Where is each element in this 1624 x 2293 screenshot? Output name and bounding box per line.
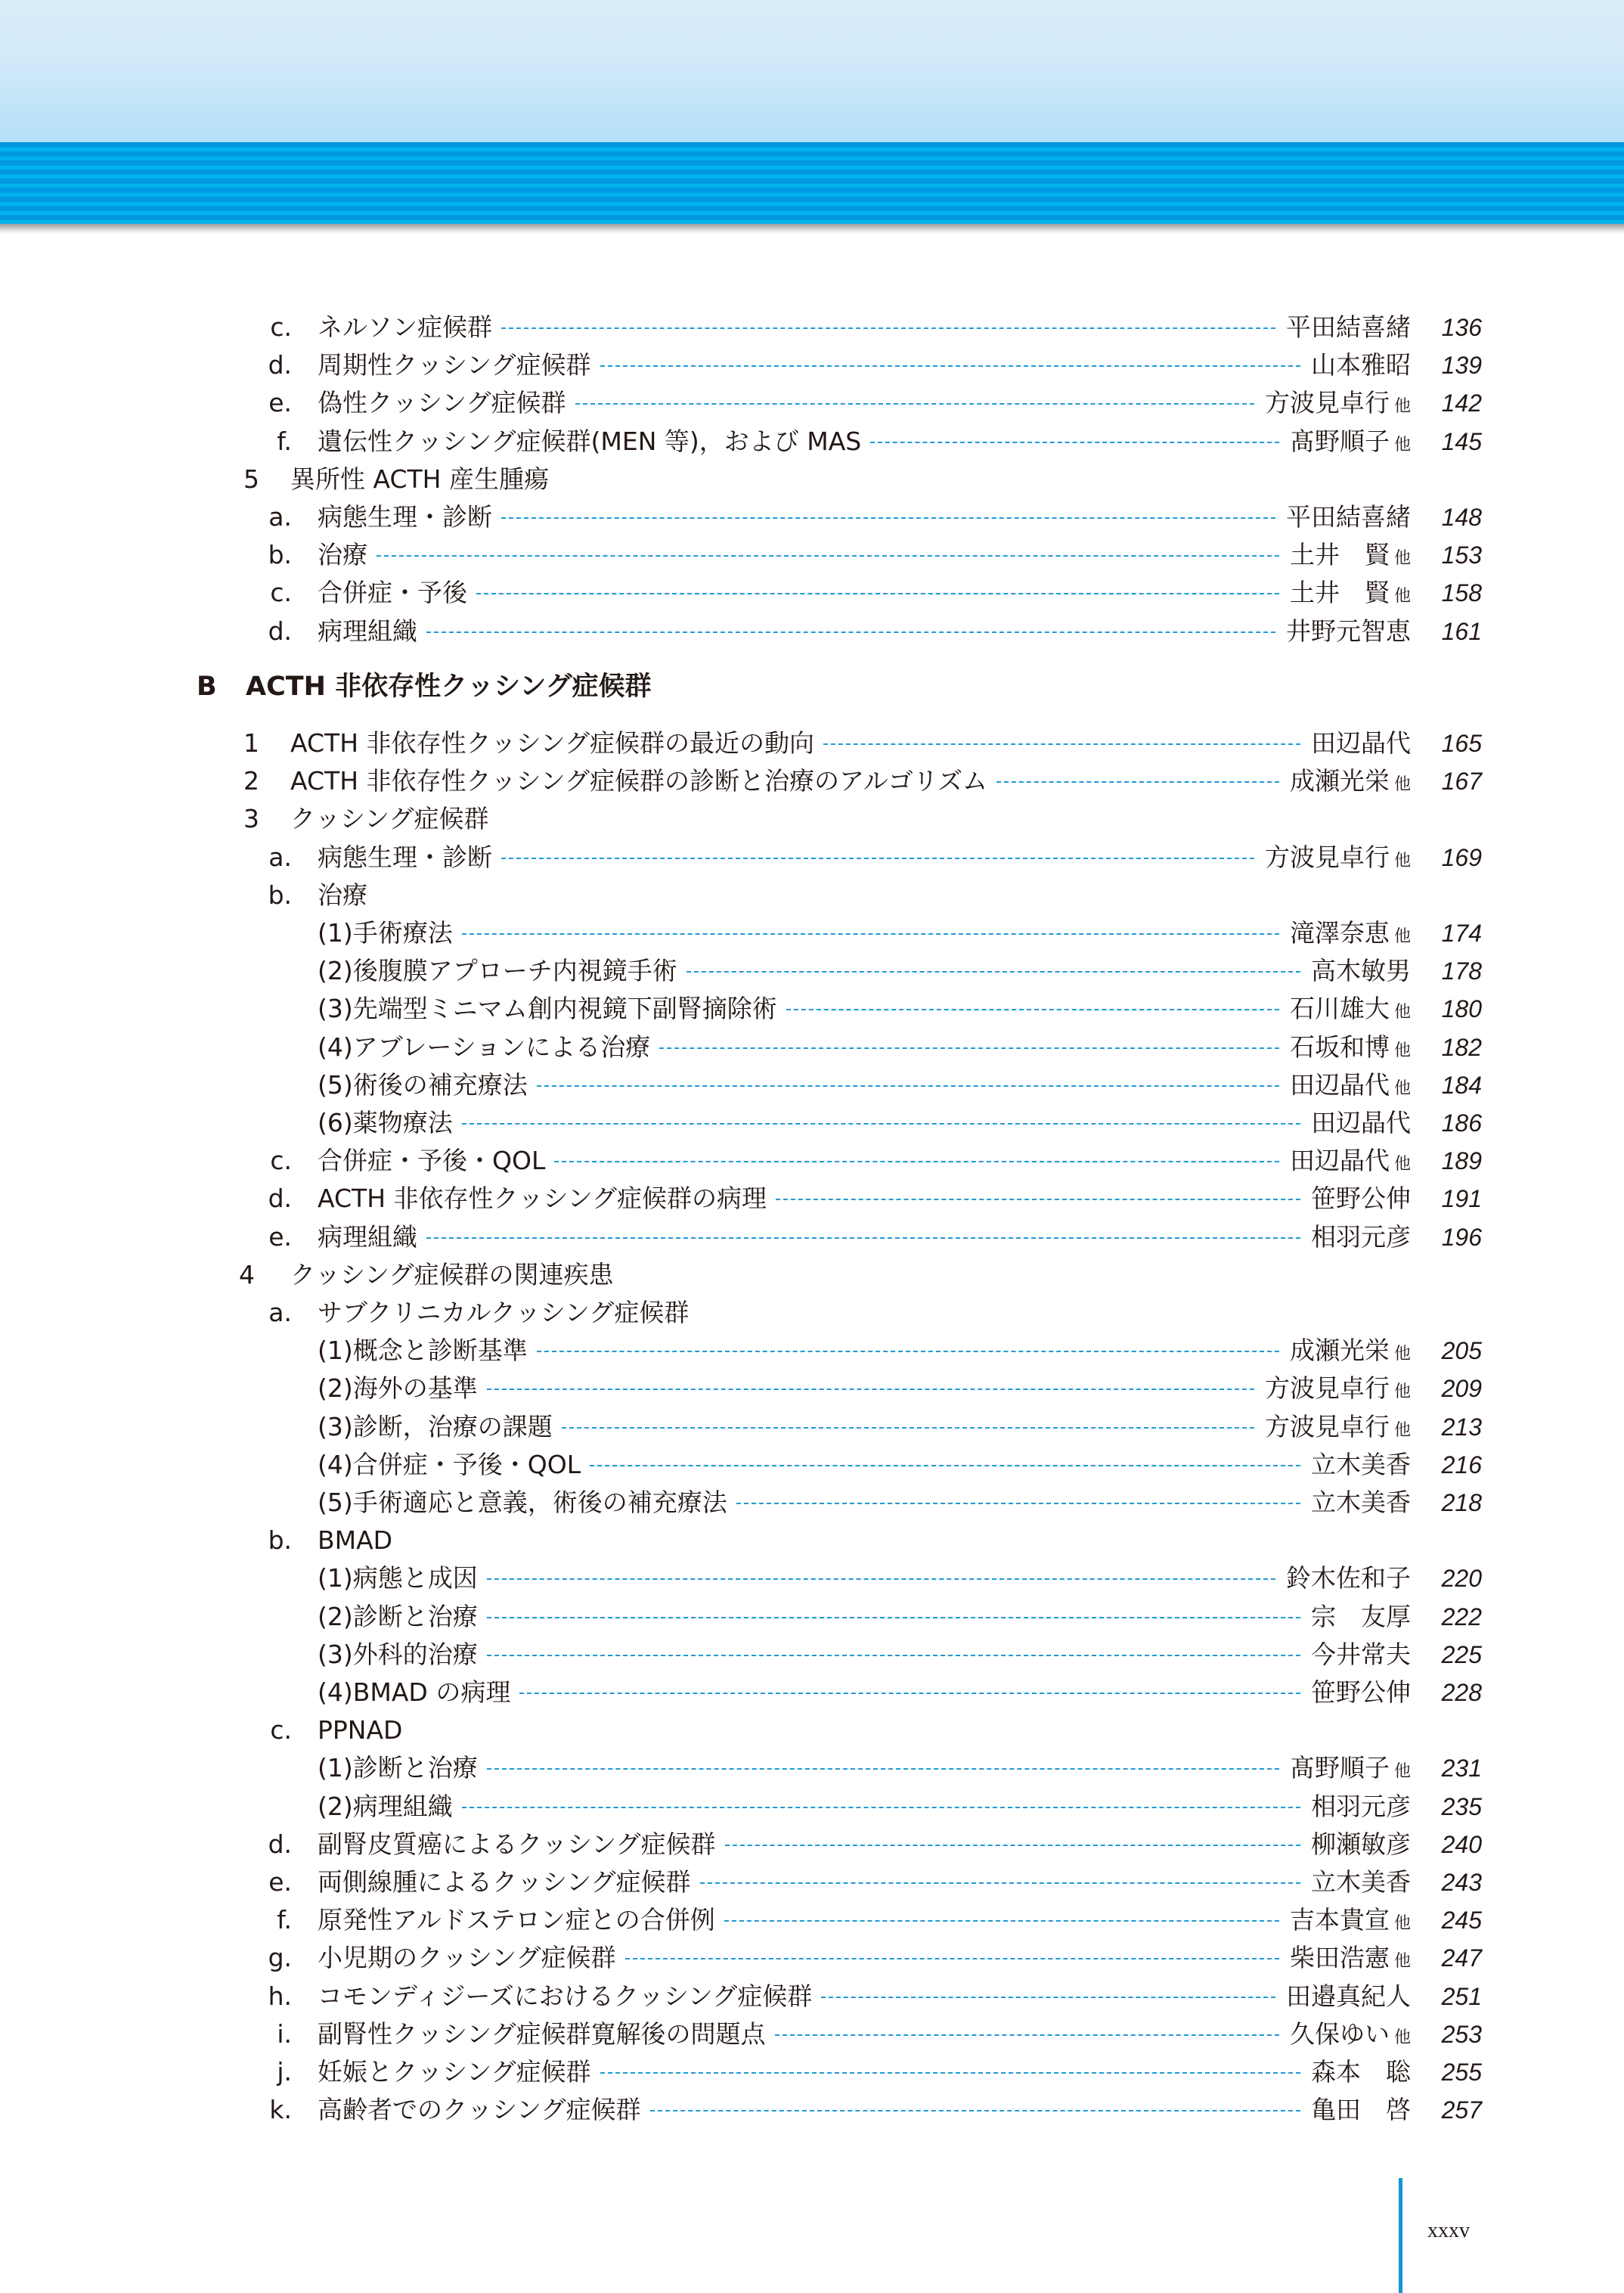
- toc-entry-author: 石川雄大他: [1279, 990, 1411, 1032]
- dot-leader: [554, 1161, 1279, 1162]
- toc-entry-author: 森本 聡: [1300, 2053, 1411, 2091]
- toc-entry-label: d.: [257, 613, 292, 650]
- header-stripes: [0, 142, 1624, 224]
- toc-entry[interactable]: (3)外科的治療今井常夫225: [0, 1636, 1624, 1674]
- toc-entry[interactable]: d.病理組織井野元智恵161: [0, 613, 1624, 650]
- toc-entry[interactable]: d.ACTH 非依存性クッシング症候群の病理笹野公伸191: [0, 1180, 1624, 1218]
- author-name: 方波見卓行: [1265, 842, 1390, 872]
- toc-entry[interactable]: b.治療土井 賢他153: [0, 536, 1624, 574]
- toc-entry-label: 5: [243, 461, 259, 498]
- toc-entry-label: d.: [257, 1180, 292, 1218]
- toc-entry-title: クッシング症候群: [290, 800, 489, 838]
- toc-entry-title: (4)アブレーションによる治療: [318, 1029, 650, 1066]
- author-name: 髙野順子: [1290, 1753, 1390, 1783]
- dot-leader: [537, 1085, 1279, 1087]
- toc-entry-title: 合併症・予後・QOL: [318, 1142, 545, 1180]
- toc-entry-page: 169: [1421, 839, 1482, 877]
- toc-entry[interactable]: c.PPNAD: [0, 1711, 1624, 1749]
- author-name: 成瀬光栄: [1290, 1336, 1390, 1365]
- toc-entry-page: 255: [1421, 2053, 1482, 2091]
- toc-entry-author: 方波見卓行他: [1254, 384, 1411, 426]
- toc-entry-author: 笹野公伸: [1300, 1674, 1411, 1711]
- dot-leader: [686, 971, 1300, 973]
- toc-entry-title: (4)合併症・予後・QOL: [318, 1446, 581, 1484]
- toc-entry-title: (3)診断，治療の課題: [318, 1408, 553, 1446]
- toc-entry-author: 柳瀬敏彦: [1300, 1826, 1411, 1863]
- toc-entry[interactable]: (3)診断，治療の課題方波見卓行他213: [0, 1408, 1624, 1446]
- toc-entry-title: 偽性クッシング症候群: [318, 384, 566, 422]
- dot-leader: [736, 1503, 1300, 1504]
- toc-entry-title: (1)病態と成因: [318, 1559, 478, 1597]
- toc-entry-label: i.: [257, 2015, 292, 2053]
- toc-entry[interactable]: k.高齢者でのクッシング症候群亀田 啓257: [0, 2091, 1624, 2129]
- toc-entry-title: (1)概念と診断基準: [318, 1332, 528, 1370]
- toc-entry-title: 副腎皮質癌によるクッシング症候群: [318, 1826, 716, 1863]
- et-al-mark: 他: [1394, 927, 1411, 946]
- toc-entry-title: 妊娠とクッシング症候群: [318, 2053, 591, 2091]
- toc-entry-title: 遺伝性クッシング症候群(MEN 等)，および MAS: [318, 423, 861, 461]
- toc-entry-author: 相羽元彦: [1300, 1218, 1411, 1256]
- author-name: 方波見卓行: [1265, 1373, 1390, 1403]
- toc-entry[interactable]: c.合併症・予後土井 賢他158: [0, 574, 1624, 612]
- toc-entry[interactable]: c.ネルソン症候群平田結喜緒136: [0, 309, 1624, 346]
- author-name: 井野元智恵: [1286, 616, 1411, 646]
- toc-entry-author: 田邉真紀人: [1275, 1978, 1411, 2015]
- toc-entry-author: 方波見卓行他: [1254, 839, 1411, 880]
- toc-entry-page: 257: [1421, 2091, 1482, 2129]
- dot-leader: [537, 1351, 1279, 1352]
- author-name: 田辺晶代: [1290, 1146, 1390, 1175]
- et-al-mark: 他: [1394, 1345, 1411, 1364]
- author-name: 土井 賢: [1290, 540, 1390, 569]
- toc-entry-author: 井野元智恵: [1275, 613, 1411, 650]
- toc-entry-page: 228: [1421, 1674, 1482, 1711]
- dot-leader: [562, 1427, 1254, 1429]
- toc-entry-title: 両側線腫によるクッシング症候群: [318, 1863, 691, 1901]
- et-al-mark: 他: [1394, 1155, 1411, 1174]
- author-name: 石川雄大: [1290, 994, 1390, 1023]
- toc-entry-title: 高齢者でのクッシング症候群: [318, 2091, 641, 2129]
- toc-entry-page: 191: [1421, 1180, 1482, 1218]
- toc-entry-title: (2)後腹膜アプローチ内視鏡手術: [318, 952, 677, 990]
- toc-entry-page: 240: [1421, 1826, 1482, 1863]
- toc-entry-label: f.: [257, 423, 292, 461]
- dot-leader: [426, 631, 1275, 633]
- toc-entry[interactable]: (6)薬物療法田辺晶代186: [0, 1104, 1624, 1142]
- dot-leader: [476, 593, 1279, 594]
- toc-entry-title: 治療: [318, 536, 367, 574]
- toc-entry-page: 184: [1421, 1066, 1482, 1104]
- author-name: 鈴木佐和子: [1286, 1563, 1411, 1593]
- toc-entry-label: b.: [257, 1522, 292, 1559]
- dot-leader: [724, 1920, 1279, 1922]
- author-name: 柳瀬敏彦: [1311, 1829, 1411, 1859]
- toc-entry[interactable]: (2)後腹膜アプローチ内視鏡手術高木敏男178: [0, 952, 1624, 990]
- dot-leader: [487, 1768, 1279, 1770]
- dot-leader: [776, 1199, 1300, 1200]
- toc-entry-label: 3: [243, 800, 259, 838]
- author-name: 土井 賢: [1290, 578, 1390, 607]
- dot-leader: [575, 403, 1254, 405]
- author-name: 髙野順子: [1290, 427, 1390, 456]
- toc-entry-author: 平田結喜緒: [1275, 309, 1411, 346]
- toc-entry-author: 吉本貴宣他: [1279, 1901, 1411, 1943]
- toc-entry-title: ACTH 非依存性クッシング症候群の病理: [318, 1180, 767, 1218]
- dot-leader: [659, 1047, 1279, 1049]
- toc-entry[interactable]: (1)診断と治療髙野順子他231: [0, 1749, 1624, 1787]
- et-al-mark: 他: [1394, 1382, 1411, 1401]
- toc-entry[interactable]: e.両側線腫によるクッシング症候群立木美香243: [0, 1863, 1624, 1901]
- toc-entry[interactable]: (3)先端型ミニマム創内視鏡下副腎摘除術石川雄大他180: [0, 990, 1624, 1028]
- toc-entry-author: 立木美香: [1300, 1484, 1411, 1522]
- toc-entry-title: 病理組織: [318, 1218, 417, 1256]
- toc-entry[interactable]: (2)病理組織相羽元彦235: [0, 1788, 1624, 1826]
- toc-entry[interactable]: a.病態生理・診断方波見卓行他169: [0, 839, 1624, 877]
- dot-leader: [625, 1958, 1279, 1959]
- et-al-mark: 他: [1394, 397, 1411, 416]
- toc-entry-title: 異所性 ACTH 産生腫瘍: [290, 461, 549, 498]
- toc-entry-author: 鈴木佐和子: [1275, 1559, 1411, 1597]
- et-al-mark: 他: [1394, 1041, 1411, 1060]
- toc-entry[interactable]: f.原発性アルドステロン症との合併例吉本貴宣他245: [0, 1901, 1624, 1939]
- header-band: [0, 0, 1624, 142]
- toc-entry-label: g.: [257, 1939, 292, 1977]
- toc-entry-label: c.: [257, 574, 292, 612]
- toc-entry-title: ネルソン症候群: [318, 309, 492, 346]
- toc-entry[interactable]: (2)診断と治療宗 友厚222: [0, 1598, 1624, 1636]
- toc-entry-page: 196: [1421, 1218, 1482, 1256]
- toc-entry-label: b.: [257, 536, 292, 574]
- author-name: 笹野公伸: [1311, 1677, 1411, 1707]
- toc-entry-page: 136: [1421, 309, 1482, 346]
- dot-leader: [426, 1237, 1300, 1239]
- toc-entry[interactable]: (1)概念と診断基準成瀬光栄他205: [0, 1332, 1624, 1370]
- footer-rule: [1399, 2178, 1402, 2293]
- et-al-mark: 他: [1394, 1079, 1411, 1098]
- toc-entry-page: 161: [1421, 613, 1482, 650]
- toc-entry[interactable]: d.周期性クッシング症候群山本雅昭139: [0, 346, 1624, 384]
- dot-leader: [996, 781, 1279, 783]
- toc-entry-label: c.: [257, 1142, 292, 1180]
- toc-entry-title: コモンディジーズにおけるクッシング症候群: [318, 1978, 812, 2015]
- dot-leader: [786, 1009, 1279, 1010]
- author-name: 今井常夫: [1311, 1640, 1411, 1669]
- dot-leader: [377, 555, 1279, 557]
- toc-entry-title: クッシング症候群の関連疾患: [290, 1256, 614, 1294]
- toc-entry[interactable]: (4)BMAD の病理笹野公伸228: [0, 1674, 1624, 1711]
- dot-leader: [487, 1389, 1254, 1390]
- toc-entry-page: 178: [1421, 952, 1482, 990]
- et-al-mark: 他: [1394, 1914, 1411, 1933]
- toc-entry-title: BMAD: [318, 1522, 392, 1559]
- toc-entry[interactable]: e.病理組織相羽元彦196: [0, 1218, 1624, 1256]
- toc-entry-title: (5)手術適応と意義，術後の補充療法: [318, 1484, 727, 1522]
- toc-entry-page: 167: [1421, 762, 1482, 800]
- toc-entry-title: ACTH 非依存性クッシング症候群の最近の動向: [290, 725, 814, 762]
- author-name: 石坂和博: [1290, 1032, 1390, 1062]
- dot-leader: [487, 1617, 1300, 1618]
- toc-entry[interactable]: (1)手術療法滝澤奈恵他174: [0, 914, 1624, 952]
- dot-leader: [870, 442, 1279, 443]
- author-name: 亀田 啓: [1311, 2095, 1411, 2124]
- dot-leader: [650, 2110, 1300, 2111]
- author-name: 立木美香: [1311, 1488, 1411, 1517]
- toc-entry[interactable]: b.治療: [0, 877, 1624, 914]
- author-name: 笹野公伸: [1311, 1184, 1411, 1213]
- toc-entry-author: 笹野公伸: [1300, 1180, 1411, 1218]
- toc-entry-author: 田辺晶代: [1300, 725, 1411, 762]
- author-name: 方波見卓行: [1265, 1412, 1390, 1441]
- author-name: 田辺晶代: [1311, 728, 1411, 758]
- toc-entry-author: 平田結喜緒: [1275, 498, 1411, 536]
- toc-entry-page: 145: [1421, 423, 1482, 461]
- et-al-mark: 他: [1394, 1952, 1411, 1971]
- toc-entry-author: 田辺晶代他: [1279, 1066, 1411, 1108]
- toc-entry-page: 174: [1421, 914, 1482, 952]
- toc-entry-author: 滝澤奈恵他: [1279, 914, 1411, 956]
- toc-entry-label: e.: [257, 1218, 292, 1256]
- toc-entry[interactable]: e.偽性クッシング症候群方波見卓行他142: [0, 384, 1624, 422]
- toc-entry-title: (1)手術療法: [318, 914, 453, 952]
- toc-entry-title: 合併症・予後: [318, 574, 467, 612]
- toc-entry-page: 218: [1421, 1484, 1482, 1522]
- author-name: 田辺晶代: [1311, 1108, 1411, 1137]
- toc-entry[interactable]: a.病態生理・診断平田結喜緒148: [0, 498, 1624, 536]
- toc-entry[interactable]: j.妊娠とクッシング症候群森本 聡255: [0, 2053, 1624, 2091]
- toc-entry-author: 成瀬光栄他: [1279, 1332, 1411, 1373]
- dot-leader: [501, 858, 1254, 859]
- author-name: 高木敏男: [1311, 956, 1411, 985]
- toc-entry-title: (2)海外の基準: [318, 1370, 478, 1407]
- toc-entry-page: 243: [1421, 1863, 1482, 1901]
- dot-leader: [700, 1882, 1300, 1884]
- toc-entry-author: 土井 賢他: [1279, 574, 1411, 616]
- toc-entry-label: 2: [243, 762, 259, 800]
- author-name: 立木美香: [1311, 1867, 1411, 1897]
- toc-entry[interactable]: (5)術後の補充療法田辺晶代他184: [0, 1066, 1624, 1104]
- toc-entry-label: d.: [257, 346, 292, 384]
- toc-entry-author: 方波見卓行他: [1254, 1370, 1411, 1411]
- toc-entry-title: 原発性アルドステロン症との合併例: [318, 1901, 715, 1939]
- toc-entry-page: 213: [1421, 1408, 1482, 1446]
- dot-leader: [823, 743, 1300, 745]
- toc-entry-page: 142: [1421, 384, 1482, 422]
- toc-entry-title: 病態生理・診断: [318, 498, 492, 536]
- toc-entry-label: h.: [257, 1978, 292, 2015]
- toc-entry[interactable]: (4)合併症・予後・QOL立木美香216: [0, 1446, 1624, 1484]
- et-al-mark: 他: [1394, 1003, 1411, 1022]
- toc-entry-author: 立木美香: [1300, 1446, 1411, 1484]
- toc-entry-page: 205: [1421, 1332, 1482, 1370]
- toc-entry-label: c.: [257, 309, 292, 346]
- toc-entry-author: 柴田浩憲他: [1279, 1939, 1411, 1981]
- toc-entry-page: 245: [1421, 1901, 1482, 1939]
- toc-entry-page: 158: [1421, 574, 1482, 612]
- toc-entry-author: 宗 友厚: [1300, 1598, 1411, 1636]
- toc-entry[interactable]: 5異所性 ACTH 産生腫瘍: [0, 461, 1624, 498]
- toc-entry-author: 山本雅昭: [1300, 346, 1411, 384]
- toc-entry-label: e.: [257, 1863, 292, 1901]
- dot-leader: [590, 1465, 1300, 1466]
- toc-entry-page: 148: [1421, 498, 1482, 536]
- dot-leader: [501, 327, 1275, 329]
- toc-entry-page: 189: [1421, 1142, 1482, 1180]
- author-name: 方波見卓行: [1265, 388, 1390, 417]
- author-name: 山本雅昭: [1311, 350, 1411, 380]
- toc-entry-label: a.: [257, 498, 292, 536]
- toc-entry[interactable]: (4)アブレーションによる治療石坂和博他182: [0, 1029, 1624, 1066]
- toc-entry[interactable]: g.小児期のクッシング症候群柴田浩憲他247: [0, 1939, 1624, 1977]
- dot-leader: [487, 1655, 1300, 1656]
- dot-leader: [775, 2034, 1279, 2036]
- section-heading-b: BACTH 非依存性クッシング症候群: [0, 666, 1624, 708]
- toc-entry-title: (6)薬物療法: [318, 1104, 453, 1142]
- author-name: 滝澤奈恵: [1290, 918, 1390, 948]
- toc-entry-author: 立木美香: [1300, 1863, 1411, 1901]
- toc-entry-author: 髙野順子他: [1279, 1749, 1411, 1791]
- dot-leader: [600, 365, 1300, 367]
- toc-entry-page: 251: [1421, 1978, 1482, 2015]
- toc-entry-title: (2)診断と治療: [318, 1598, 478, 1636]
- author-name: 久保ゆい: [1290, 2019, 1390, 2049]
- dot-leader: [821, 1997, 1275, 1998]
- toc-entry-author: 石坂和博他: [1279, 1029, 1411, 1070]
- toc-entry[interactable]: 3クッシング症候群: [0, 800, 1624, 838]
- toc-entry-page: 231: [1421, 1749, 1482, 1787]
- author-name: 柴田浩憲: [1290, 1943, 1390, 1972]
- toc-entry-page: 209: [1421, 1370, 1482, 1407]
- toc-entry-page: 186: [1421, 1104, 1482, 1142]
- toc-entry-label: 4: [239, 1256, 255, 1294]
- toc-entry[interactable]: (2)海外の基準方波見卓行他209: [0, 1370, 1624, 1407]
- toc-entry-author: 土井 賢他: [1279, 536, 1411, 578]
- toc-entry-author: 久保ゆい他: [1279, 2015, 1411, 2057]
- toc-entry-label: 1: [243, 725, 259, 762]
- toc-entry[interactable]: b.BMAD: [0, 1522, 1624, 1559]
- toc-entry-label: k.: [257, 2091, 292, 2129]
- author-name: 吉本貴宣: [1290, 1905, 1390, 1935]
- section-title: ACTH 非依存性クッシング症候群: [246, 666, 652, 708]
- et-al-mark: 他: [1394, 1762, 1411, 1781]
- toc-entry-page: 222: [1421, 1598, 1482, 1636]
- section-label: B: [197, 666, 217, 708]
- dot-leader: [725, 1845, 1300, 1846]
- page-folio: xxxv: [1427, 2219, 1470, 2243]
- toc-entry-title: (5)術後の補充療法: [318, 1066, 528, 1104]
- toc-entry-title: サブクリニカルクッシング症候群: [318, 1294, 689, 1332]
- toc-entry-author: 相羽元彦: [1300, 1788, 1411, 1826]
- author-name: 相羽元彦: [1311, 1222, 1411, 1252]
- toc-entry-page: 225: [1421, 1636, 1482, 1674]
- et-al-mark: 他: [1394, 2028, 1411, 2047]
- toc-entry-author: 成瀬光栄他: [1279, 762, 1411, 804]
- toc-entry-title: (3)外科的治療: [318, 1636, 478, 1674]
- toc-entry-title: 治療: [318, 877, 367, 914]
- toc-entry-page: 153: [1421, 536, 1482, 574]
- dot-leader: [519, 1693, 1300, 1694]
- toc-entry-title: 周期性クッシング症候群: [318, 346, 591, 384]
- dot-leader: [487, 1578, 1275, 1580]
- toc-entry[interactable]: i.副腎性クッシング症候群寛解後の問題点久保ゆい他253: [0, 2015, 1624, 2053]
- toc-entry[interactable]: 4クッシング症候群の関連疾患: [0, 1256, 1624, 1294]
- toc-entry-title: 副腎性クッシング症候群寛解後の問題点: [318, 2015, 766, 2053]
- toc-entry-author: 亀田 啓: [1300, 2091, 1411, 2129]
- toc-entry-page: 180: [1421, 990, 1482, 1028]
- toc-entry-author: 田辺晶代: [1300, 1104, 1411, 1142]
- toc-entry-label: e.: [257, 384, 292, 422]
- et-al-mark: 他: [1394, 549, 1411, 568]
- et-al-mark: 他: [1394, 775, 1411, 794]
- toc-entry-page: 216: [1421, 1446, 1482, 1484]
- author-name: 宗 友厚: [1311, 1602, 1411, 1631]
- author-name: 平田結喜緒: [1286, 312, 1411, 342]
- et-al-mark: 他: [1394, 852, 1411, 870]
- toc-entry[interactable]: 2ACTH 非依存性クッシング症候群の診断と治療のアルゴリズム成瀬光栄他167: [0, 762, 1624, 800]
- toc-entry-title: ACTH 非依存性クッシング症候群の診断と治療のアルゴリズム: [290, 762, 987, 800]
- toc-entry-label: c.: [257, 1711, 292, 1749]
- et-al-mark: 他: [1394, 1421, 1411, 1440]
- toc-entry-label: a.: [257, 1294, 292, 1332]
- toc-entry-page: 165: [1421, 725, 1482, 762]
- toc-entry-title: 小児期のクッシング症候群: [318, 1939, 616, 1977]
- toc-entry-label: b.: [257, 877, 292, 914]
- toc-entry-title: 病理組織: [318, 613, 417, 650]
- toc-entry-author: 今井常夫: [1300, 1636, 1411, 1674]
- toc-entry-title: PPNAD: [318, 1711, 402, 1749]
- toc-entry[interactable]: c.合併症・予後・QOL田辺晶代他189: [0, 1142, 1624, 1180]
- toc-entry-label: f.: [257, 1901, 292, 1939]
- toc-entry[interactable]: d.副腎皮質癌によるクッシング症候群柳瀬敏彦240: [0, 1826, 1624, 1863]
- author-name: 成瀬光栄: [1290, 766, 1390, 796]
- author-name: 田辺晶代: [1290, 1070, 1390, 1100]
- toc-entry-title: (4)BMAD の病理: [318, 1674, 510, 1711]
- toc-entry-title: (3)先端型ミニマム創内視鏡下副腎摘除術: [318, 990, 777, 1028]
- toc-entry-author: 方波見卓行他: [1254, 1408, 1411, 1450]
- dot-leader: [462, 1807, 1300, 1808]
- toc-entry[interactable]: f.遺伝性クッシング症候群(MEN 等)，および MAS髙野順子他145: [0, 423, 1624, 461]
- toc-entry-page: 220: [1421, 1559, 1482, 1597]
- author-name: 森本 聡: [1311, 2057, 1411, 2087]
- toc-entry-page: 247: [1421, 1939, 1482, 1977]
- toc-entry[interactable]: a.サブクリニカルクッシング症候群: [0, 1294, 1624, 1332]
- toc-entry-author: 高木敏男: [1300, 952, 1411, 990]
- et-al-mark: 他: [1394, 587, 1411, 606]
- toc-entry-author: 髙野順子他: [1279, 423, 1411, 464]
- toc-entry-page: 139: [1421, 346, 1482, 384]
- toc-entry-page: 182: [1421, 1029, 1482, 1066]
- author-name: 相羽元彦: [1311, 1792, 1411, 1821]
- dot-leader: [462, 933, 1279, 935]
- toc-entry-page: 235: [1421, 1788, 1482, 1826]
- dot-leader: [600, 2072, 1300, 2074]
- author-name: 平田結喜緒: [1286, 502, 1411, 532]
- toc-entry-label: j.: [257, 2053, 292, 2091]
- toc-entry[interactable]: 1ACTH 非依存性クッシング症候群の最近の動向田辺晶代165: [0, 725, 1624, 762]
- toc-entry-label: d.: [257, 1826, 292, 1863]
- toc-entry-title: (1)診断と治療: [318, 1749, 478, 1787]
- author-name: 立木美香: [1311, 1450, 1411, 1479]
- toc-entry-title: (2)病理組織: [318, 1788, 453, 1826]
- header-shadow: [0, 224, 1624, 234]
- toc-entry-title: 病態生理・診断: [318, 839, 492, 877]
- author-name: 田邉真紀人: [1286, 1981, 1411, 2011]
- toc-entry-author: 田辺晶代他: [1279, 1142, 1411, 1184]
- toc-entry-page: 253: [1421, 2015, 1482, 2053]
- dot-leader: [462, 1123, 1300, 1125]
- toc-entry[interactable]: (1)病態と成因鈴木佐和子220: [0, 1559, 1624, 1597]
- toc-entry[interactable]: (5)手術適応と意義，術後の補充療法立木美香218: [0, 1484, 1624, 1522]
- toc-entry[interactable]: h.コモンディジーズにおけるクッシング症候群田邉真紀人251: [0, 1978, 1624, 2015]
